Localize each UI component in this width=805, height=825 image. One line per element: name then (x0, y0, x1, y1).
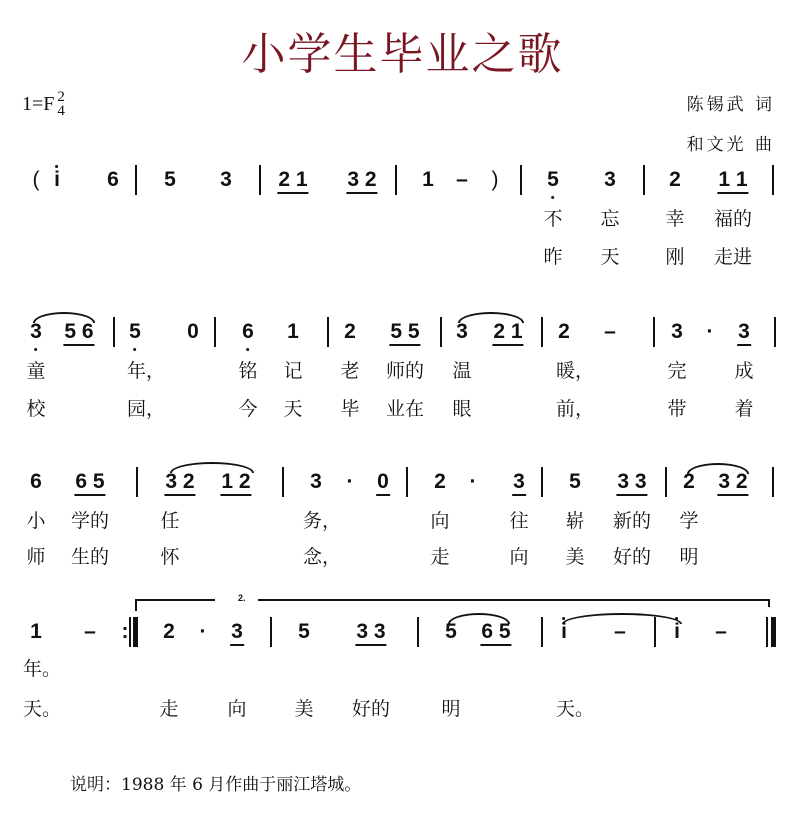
barline (541, 317, 543, 347)
note: 6 (107, 168, 119, 192)
lyric-v1: 完 (667, 360, 686, 382)
note: i (674, 620, 680, 644)
barline (417, 617, 419, 647)
repeat-barline-thin (129, 617, 131, 647)
repeat-dots: : (122, 620, 129, 644)
barline (654, 617, 656, 647)
note-dot: · (707, 320, 714, 344)
lyric-v1: 福的 (714, 208, 752, 230)
lyric-v2: 天 (600, 246, 619, 268)
lyric-v1: 不 (543, 208, 562, 230)
lyric-v2: 眼 (452, 398, 471, 420)
lyric-v1: 忘 (600, 208, 619, 230)
note-dot: · (470, 470, 477, 494)
barline (135, 165, 137, 195)
barline (327, 317, 329, 347)
barline (665, 467, 667, 497)
lyric-v2: 明 (441, 698, 460, 720)
note-dash: – (84, 620, 96, 644)
note: 3 (30, 320, 42, 344)
note-dot: · (200, 620, 207, 644)
lyric-v2: 天。 (23, 698, 61, 720)
barline (774, 317, 776, 347)
note-group: 2 1 (277, 168, 308, 194)
barline (214, 317, 216, 347)
lyric-v1: 师的 (386, 360, 424, 382)
lyric-v2: 念， (303, 546, 341, 568)
lyric-v2: 园， (127, 398, 165, 420)
lyric-v1: 记 (283, 360, 302, 382)
song-title: 小学生毕业之歌 (0, 18, 805, 82)
footnote: 说明：1988 年 6 月作曲于丽江塔城。 (70, 770, 361, 795)
note-dash: – (604, 320, 616, 344)
lyricist-credit: 陈锡武 词 (687, 90, 775, 115)
lyric-v1: 往 (509, 510, 528, 532)
note-dash: – (456, 168, 468, 192)
note-group: 1 2 (220, 470, 251, 496)
lyric-v1: 成 (734, 360, 753, 382)
lyric-v1: 向 (430, 510, 449, 532)
lyric-v1: 年， (127, 360, 165, 382)
barline (440, 317, 442, 347)
lyric-v1: 暖， (556, 360, 594, 382)
note-group: 3 2 (346, 168, 377, 194)
note: 2 (434, 470, 446, 494)
barline (136, 467, 138, 497)
lyric-v1: 童 (26, 360, 45, 382)
lyric-v2: 带 (667, 398, 686, 420)
lyric-v2: 明 (679, 546, 698, 568)
note: 1 (287, 320, 299, 344)
note: 6 (30, 470, 42, 494)
note-group: 2 1 (492, 320, 523, 346)
volta-line (258, 599, 770, 601)
note: 2 (163, 620, 175, 644)
note-group: 3 2 (164, 470, 195, 496)
lyric-v2: 走进 (714, 246, 752, 268)
note-group-low: 5 6 (63, 320, 94, 346)
lyric-v2: 生的 (71, 546, 109, 568)
lyric-v2: 校 (26, 398, 45, 420)
note: 5 (547, 168, 559, 192)
time-signature: 2 4 (57, 90, 65, 118)
note-group: 3 3 (355, 620, 386, 646)
note-paren-close: ) (492, 168, 499, 192)
lyric-v2: 天。 (556, 698, 594, 720)
lyric-v1: 铭 (238, 360, 257, 382)
time-sig-bottom: 4 (57, 104, 65, 118)
lyric-v2: 美 (565, 546, 584, 568)
barline (772, 467, 774, 497)
lyric-v1: 学 (679, 510, 698, 532)
note: i (54, 168, 60, 192)
note: 6 (242, 320, 254, 344)
barline (541, 467, 543, 497)
note: 2 (344, 320, 356, 344)
note: 3 (310, 470, 322, 494)
lyric-v2: 前， (556, 398, 594, 420)
note: 3 (512, 470, 526, 496)
note-dash: – (614, 620, 626, 644)
composer-credit: 和文光 曲 (687, 130, 775, 155)
note: 2 (669, 168, 681, 192)
barline (643, 165, 645, 195)
note: 3 (604, 168, 616, 192)
volta-label: 2. (238, 593, 246, 603)
note: 3 (220, 168, 232, 192)
note: 1 (422, 168, 434, 192)
key-label: 1=F (22, 93, 54, 116)
barline (406, 467, 408, 497)
note: i (561, 620, 567, 644)
note-group: 6 5 (74, 470, 105, 496)
final-barline-thick (771, 617, 776, 647)
note-rest: 0 (187, 320, 199, 344)
note-paren-open: ( (33, 168, 40, 192)
note: 3 (456, 320, 468, 344)
lyric-v2: 毕 (340, 398, 359, 420)
note: 5 (129, 320, 141, 344)
lyric-v2: 好的 (352, 698, 390, 720)
note: 5 (298, 620, 310, 644)
volta-line (135, 599, 215, 601)
barline (520, 165, 522, 195)
lyric-v2: 今 (238, 398, 257, 420)
note: 5 (569, 470, 581, 494)
barline (772, 165, 774, 195)
lyric-v1: 年。 (23, 658, 61, 680)
barline (282, 467, 284, 497)
lyric-v2: 天 (283, 398, 302, 420)
lyric-v1: 小 (26, 510, 45, 532)
note-group: 3 2 (717, 470, 748, 496)
lyric-v1: 温 (452, 360, 471, 382)
lyric-v2: 向 (509, 546, 528, 568)
key-signature: 1=F 2 4 (22, 90, 65, 118)
barline (270, 617, 272, 647)
time-sig-top: 2 (57, 90, 65, 104)
lyric-v2: 走 (430, 546, 449, 568)
lyric-v2: 好的 (613, 546, 651, 568)
lyric-v1: 务， (303, 510, 341, 532)
note: 3 (671, 320, 683, 344)
lyric-v2: 美 (294, 698, 313, 720)
note: 5 (164, 168, 176, 192)
lyric-v1: 任 (160, 510, 179, 532)
barline (653, 317, 655, 347)
final-barline-thin (766, 617, 768, 647)
lyric-v1: 学的 (71, 510, 109, 532)
note: 1 (30, 620, 42, 644)
note: 3 (230, 620, 244, 646)
lyric-v2: 走 (159, 698, 178, 720)
lyric-v1: 幸 (665, 208, 684, 230)
lyric-v1: 老 (340, 360, 359, 382)
note: 5 (445, 620, 457, 644)
note-dot: · (347, 470, 354, 494)
lyric-v2: 怀 (160, 546, 179, 568)
note-dash: – (715, 620, 727, 644)
note-group: 1 1 (717, 168, 748, 194)
lyric-v2: 师 (26, 546, 45, 568)
barline (113, 317, 115, 347)
barline (541, 617, 543, 647)
lyric-v2: 刚 (665, 246, 684, 268)
lyric-v2: 业在 (386, 398, 424, 420)
note-rest: 0 (376, 470, 390, 496)
note-group: 6 5 (480, 620, 511, 646)
volta-bracket-right (768, 599, 770, 607)
barline (259, 165, 261, 195)
note: 2 (558, 320, 570, 344)
barline (395, 165, 397, 195)
lyric-v2: 昨 (543, 246, 562, 268)
lyric-v1: 新的 (613, 510, 651, 532)
lyric-v2: 着 (734, 398, 753, 420)
repeat-barline-thick (133, 617, 138, 647)
note: 3 (737, 320, 751, 346)
lyric-v2: 向 (227, 698, 246, 720)
lyric-v1: 崭 (565, 510, 584, 532)
note-group: 3 3 (616, 470, 647, 496)
note-group: 5 5 (389, 320, 420, 346)
note: 2 (683, 470, 695, 494)
